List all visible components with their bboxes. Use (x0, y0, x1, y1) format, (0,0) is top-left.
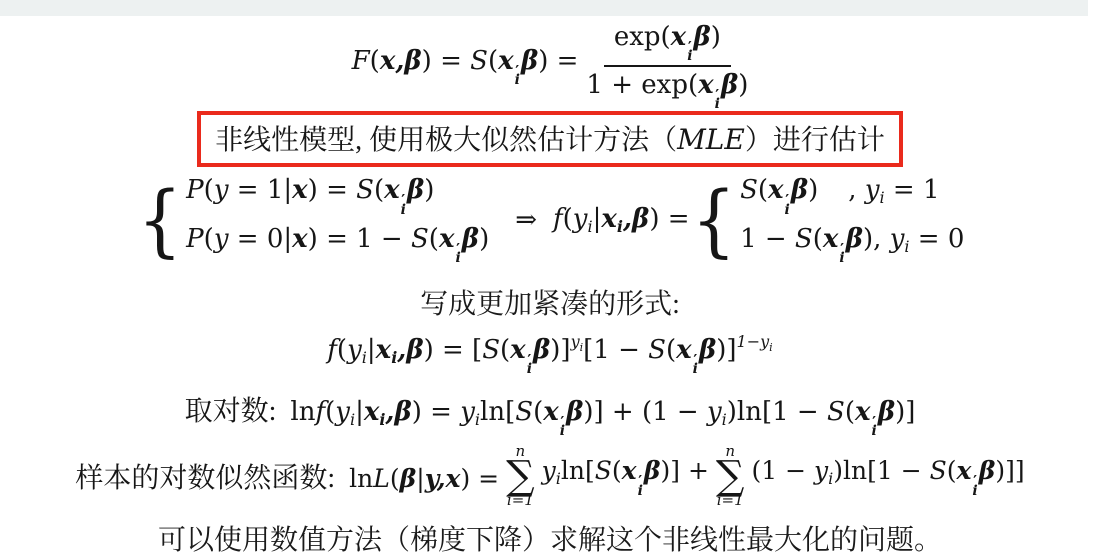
footer-note: 可以使用数值方法（梯度下降）求解这个非线性最大化的问题。 (158, 518, 942, 558)
case-line-1: S(x′iβ), yi = 1 (740, 175, 939, 215)
likelihood-tail: (1 − yi)ln[1 − S(x′iβ)]] (751, 456, 1024, 496)
sigma-icon: ∑ (506, 459, 535, 493)
highlight-box: 非线性模型, 使用极大似然估计方法（MLE）进行估计 (197, 111, 903, 167)
likelihood-formula: 样本的对数似然函数: lnL(β|y,x) = n ∑ i=1 yiln[S(x… (75, 444, 1024, 508)
summation-symbol-1: n ∑ i=1 (506, 444, 535, 508)
probability-system: { P(y = 1|x) = S(x′iβ) P(y = 0|x) = 1 − … (136, 175, 965, 263)
compact-label: 写成更加紧凑的形式: (420, 282, 680, 322)
density-lhs: f(yi|xi,β) = (553, 204, 690, 236)
implies-arrow: ⇒ (515, 205, 537, 235)
summation-symbol-2: n ∑ i=1 (716, 444, 745, 508)
prob-line-2: P(y = 0|x) = 1 − S(x′iβ) (186, 224, 489, 264)
compact-formula: f(yi|xi,β) = [S(x′iβ)]yi[1 − S(x′iβ)]1−y… (327, 332, 772, 375)
case-line-2: 1 − S(x′iβ), yi = 0 (740, 224, 964, 264)
log-formula-tokens: 取对数: lnf(yi|xi,β) = yiln[S(x′iβ)] + (1 −… (185, 389, 916, 437)
left-brace-glyph: { (138, 180, 183, 258)
likelihood-mid: yiln[S(x′iβ)] + (542, 456, 709, 496)
sum-lower-limit: i=1 (507, 493, 534, 508)
fraction-numerator: exp(x′iβ) (604, 22, 731, 67)
log-formula: 取对数: lnf(yi|xi,β) = yiln[S(x′iβ)] + (1 −… (185, 389, 916, 437)
slide: F(x,β) = S(x′iβ) = exp(x′iβ) 1 + exp(x′i… (0, 0, 1100, 560)
sum-lower-limit: i=1 (717, 493, 744, 508)
fraction: exp(x′iβ) 1 + exp(x′iβ) (586, 22, 748, 109)
highlight-row: 非线性模型, 使用极大似然估计方法（MLE）进行估计 (197, 109, 903, 167)
cases-brace-glyph: { (692, 180, 737, 258)
likelihood-prefix: 样本的对数似然函数: lnL(β|y,x) = (75, 456, 499, 496)
sigma-icon: ∑ (716, 459, 745, 493)
cases-lines: S(x′iβ), yi = 1 1 − S(x′iβ), yi = 0 (740, 175, 964, 263)
system-left-lines: P(y = 1|x) = S(x′iβ) P(y = 0|x) = 1 − S(… (186, 175, 489, 263)
prob-line-1: P(y = 1|x) = S(x′iβ) (186, 175, 434, 215)
top-strip (0, 0, 1088, 16)
main-formula: F(x,β) = S(x′iβ) = exp(x′iβ) 1 + exp(x′i… (352, 22, 749, 109)
fraction-denominator: 1 + exp(x′iβ) (586, 67, 748, 110)
compact-formula-tokens: f(yi|xi,β) = [S(x′iβ)]yi[1 − S(x′iβ)]1−y… (327, 332, 772, 375)
highlight-text: 非线性模型, 使用极大似然估计方法（MLE）进行估计 (215, 123, 885, 156)
formula-lhs: F(x,β) = S(x′iβ) = (352, 46, 579, 86)
